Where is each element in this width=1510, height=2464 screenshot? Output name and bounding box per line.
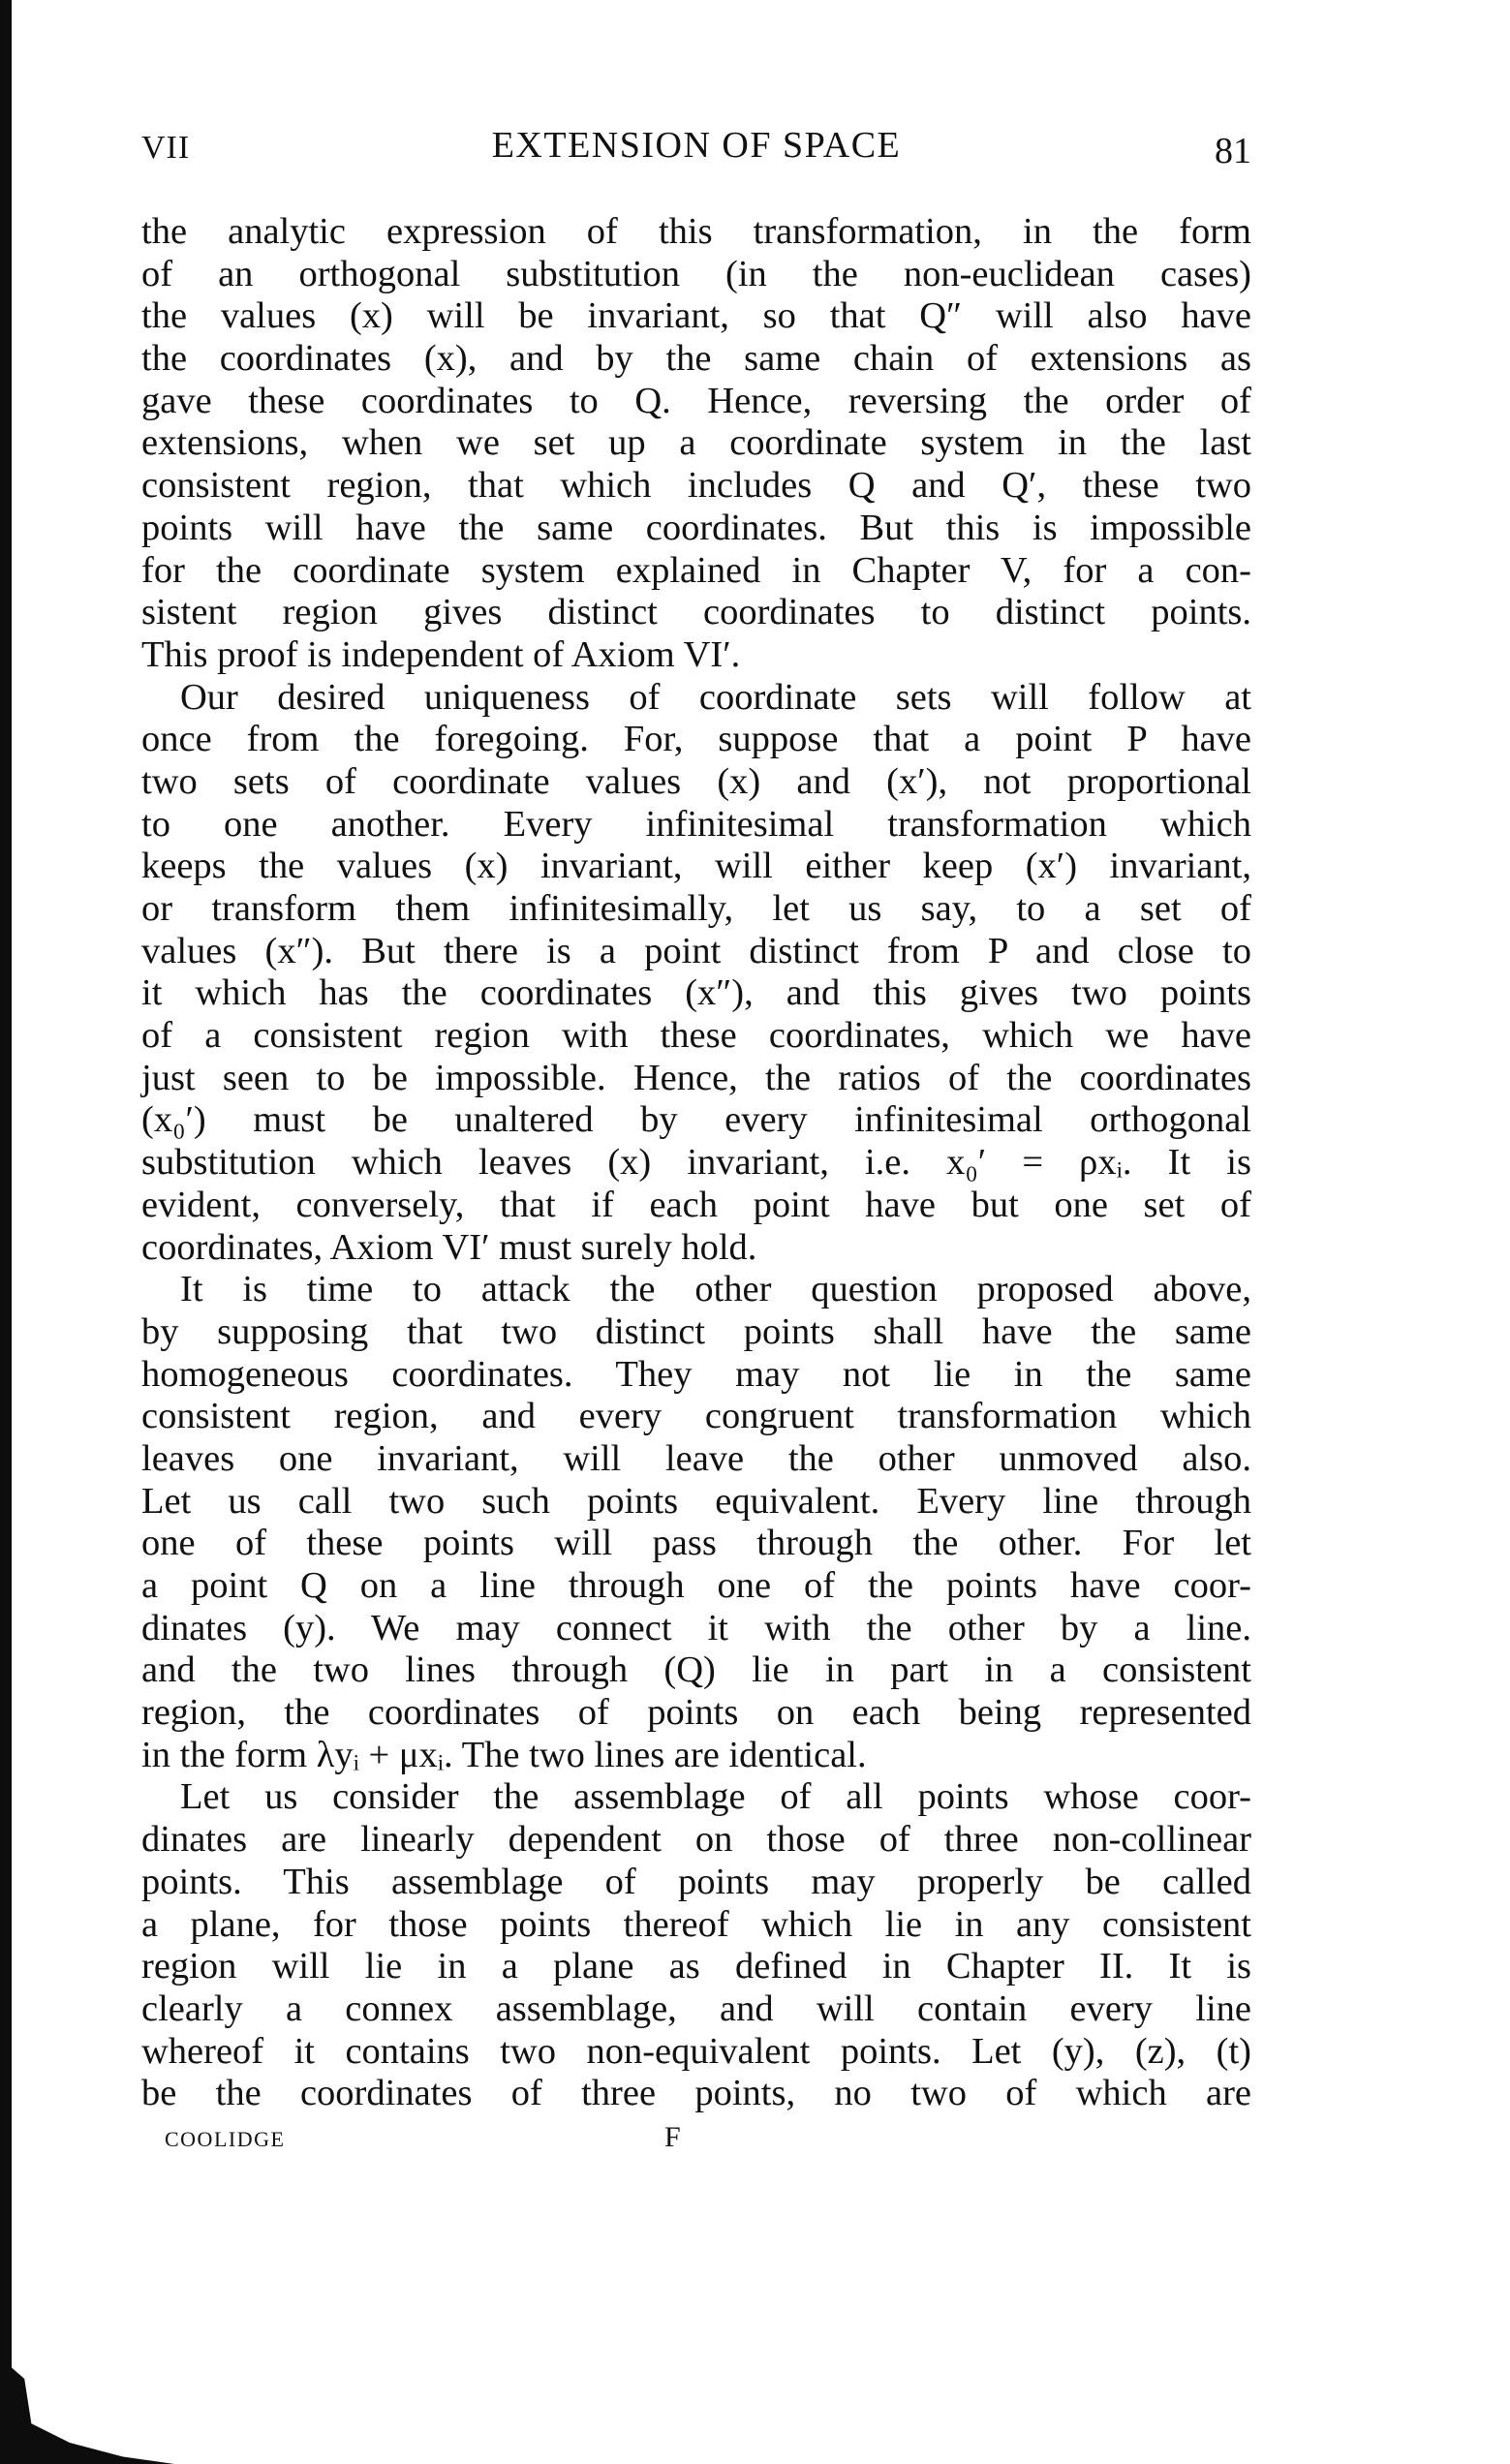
text-line: sistent region gives distinct coordinate… bbox=[141, 592, 1251, 634]
text-line: consistent region, that which includes Q… bbox=[141, 465, 1251, 508]
text-line: substitution which leaves (x) invariant,… bbox=[141, 1142, 1251, 1185]
page-number: 81 bbox=[1215, 130, 1251, 172]
text-line: for the coordinate system explained in C… bbox=[141, 550, 1251, 593]
text-line: coordinates, Axiom VI′ must surely hold. bbox=[141, 1227, 1251, 1270]
text-line: it which has the coordinates (x″), and t… bbox=[141, 972, 1251, 1015]
text-line: a point Q on a line through one of the p… bbox=[141, 1565, 1251, 1608]
body-text: the analytic expression of this transfor… bbox=[141, 211, 1251, 2115]
text-line: the analytic expression of this transfor… bbox=[141, 211, 1251, 254]
text-line: whereof it contains two non-equivalent p… bbox=[141, 2031, 1251, 2074]
text-line: by supposing that two distinct points sh… bbox=[141, 1311, 1251, 1354]
text-line: It is time to attack the other question … bbox=[141, 1269, 1251, 1311]
text-line: region, the coordinates of points on eac… bbox=[141, 1692, 1251, 1735]
text-line: two sets of coordinate values (x) and (x… bbox=[141, 761, 1251, 804]
text-line: one of these points will pass through th… bbox=[141, 1523, 1251, 1565]
text-line: to one another. Every infinitesimal tran… bbox=[141, 804, 1251, 847]
page-footer: COOLIDGE F bbox=[141, 2119, 1251, 2158]
text-line: of an orthogonal substitution (in the no… bbox=[141, 254, 1251, 296]
running-title: EXTENSION OF SPACE bbox=[141, 124, 1251, 167]
text-line: consistent region, and every congruent t… bbox=[141, 1396, 1251, 1438]
text-line: or transform them infinitesimally, let u… bbox=[141, 888, 1251, 931]
text-line: points. This assemblage of points may pr… bbox=[141, 1862, 1251, 1904]
text-line: (x₀′) must be unaltered by every infinit… bbox=[141, 1099, 1251, 1142]
text-line: Let us consider the assemblage of all po… bbox=[141, 1776, 1251, 1819]
text-line: once from the foregoing. For, suppose th… bbox=[141, 719, 1251, 761]
text-line: a plane, for those points thereof which … bbox=[141, 1904, 1251, 1947]
text-line: extensions, when we set up a coordinate … bbox=[141, 422, 1251, 465]
footer-signature: COOLIDGE bbox=[165, 2127, 285, 2152]
text-line: of a consistent region with these coordi… bbox=[141, 1015, 1251, 1058]
text-line: Let us call two such points equivalent. … bbox=[141, 1481, 1251, 1524]
scan-binding-edge bbox=[0, 0, 12, 2464]
text-line: the coordinates (x), and by the same cha… bbox=[141, 338, 1251, 381]
text-line: dinates (y). We may connect it with the … bbox=[141, 1608, 1251, 1650]
text-line: dinates are linearly dependent on those … bbox=[141, 1819, 1251, 1862]
text-line: Our desired uniqueness of coordinate set… bbox=[141, 677, 1251, 720]
text-line: in the form λyᵢ + μxᵢ. The two lines are… bbox=[141, 1735, 1251, 1777]
text-line: the values (x) will be invariant, so tha… bbox=[141, 295, 1251, 338]
text-line: points will have the same coordinates. B… bbox=[141, 508, 1251, 550]
signature-mark: F bbox=[664, 2121, 681, 2154]
text-line: gave these coordinates to Q. Hence, reve… bbox=[141, 381, 1251, 423]
text-line: evident, conversely, that if each point … bbox=[141, 1185, 1251, 1227]
text-line: This proof is independent of Axiom VI′. bbox=[141, 634, 1251, 677]
text-line: homogeneous coordinates. They may not li… bbox=[141, 1354, 1251, 1397]
text-line: just seen to be impossible. Hence, the r… bbox=[141, 1058, 1251, 1100]
text-line: and the two lines through (Q) lie in par… bbox=[141, 1649, 1251, 1692]
text-line: clearly a connex assemblage, and will co… bbox=[141, 1988, 1251, 2031]
text-line: keeps the values (x) invariant, will eit… bbox=[141, 846, 1251, 888]
text-line: be the coordinates of three points, no t… bbox=[141, 2073, 1251, 2115]
text-line: leaves one invariant, will leave the oth… bbox=[141, 1438, 1251, 1481]
running-header: VII EXTENSION OF SPACE 81 bbox=[141, 124, 1251, 172]
text-line: region will lie in a plane as defined in… bbox=[141, 1946, 1251, 1988]
scan-binding-shadow bbox=[0, 2357, 174, 2464]
text-line: values (x″). But there is a point distin… bbox=[141, 931, 1251, 973]
